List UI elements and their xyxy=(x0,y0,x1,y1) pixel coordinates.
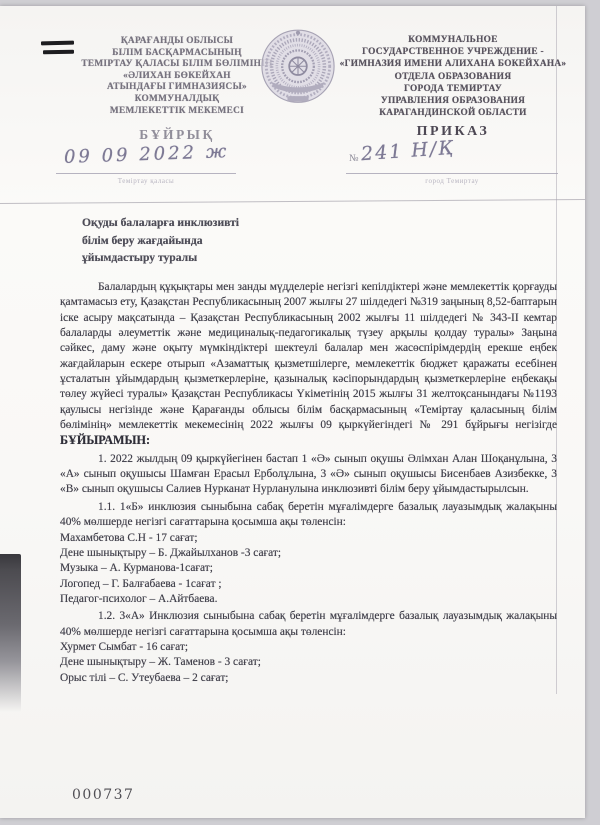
clause-1-1: 1.1. 1«Б» инклюзия сыныбына сабақ береті… xyxy=(60,500,557,531)
order-heading-kazakh: БҰЙРЫҚ xyxy=(48,127,306,143)
resolve-keyword: БҰЙЫРАМЫН: xyxy=(60,433,150,447)
org-line: ГОРОДА ТЕМИРТАУ xyxy=(330,83,576,95)
teacher-line: Орыс тілі – С. Утеубаева – 2 сағат; xyxy=(60,671,557,686)
org-line: ОТДЕЛА ОБРАЗОВАНИЯ xyxy=(330,71,576,83)
scanner-edge-shadow xyxy=(0,554,21,712)
city-label-russian: город Темиртау xyxy=(392,177,512,185)
teacher-line: Махамбетова С.Н - 17 сағат; xyxy=(60,531,557,546)
teacher-line: Педагог-психолог – А.Айтбаева. xyxy=(60,592,557,607)
serial-number: 000737 xyxy=(72,787,134,803)
teacher-line: Логопед – Г. Балғабаева - 1сағат ; xyxy=(60,577,557,592)
document-title: Оқуды балаларға инклюзивті білім беру жа… xyxy=(82,214,402,267)
org-line: «ГИМНАЗИЯ ИМЕНИ АЛИХАНА БОКЕЙХАНА» xyxy=(330,58,576,70)
clause-1-2: 1.2. 3«А» Инклюзия сыныбына сабақ береті… xyxy=(60,609,557,640)
title-line: білім беру жағдайында xyxy=(82,232,402,250)
kazakhstan-coat-of-arms-icon xyxy=(254,24,342,112)
fold-line-horizontal xyxy=(0,199,585,204)
org-line: ГОСУДАРСТВЕННОЕ УЧРЕЖДЕНИЕ - xyxy=(330,46,576,58)
teacher-list-1: Махамбетова С.Н - 17 сағат; Дене шынықты… xyxy=(60,531,557,608)
org-line: КОММУНАЛЬНОЕ xyxy=(330,34,576,46)
intro-text: Балалардың құқықтары мен занды мүдделері… xyxy=(60,281,557,431)
title-line: ұйымдастыру туралы xyxy=(82,249,402,267)
teacher-list-2: Хурмет Сымбат - 16 сағат; Дене шынықтыру… xyxy=(60,640,557,686)
clause-1: 1. 2022 жылдың 09 қыркүйегінен бастап 1 … xyxy=(60,452,557,498)
title-line: Оқуды балаларға инклюзивті xyxy=(82,214,402,232)
scanned-document-page: ҚАРАҒАНДЫ ОБЛЫСЫ БІЛІМ БАСҚАРМАСЫНЫҢ ТЕМ… xyxy=(0,6,585,818)
teacher-line: Хурмет Сымбат - 16 сағат; xyxy=(60,640,557,655)
org-line: УПРАВЛЕНИЯ ОБРАЗОВАНИЯ xyxy=(330,95,576,107)
org-name-russian: КОММУНАЛЬНОЕ ГОСУДАРСТВЕННОЕ УЧРЕЖДЕНИЕ … xyxy=(330,34,576,119)
teacher-line: Музыка – А. Курманова-1сағат; xyxy=(60,561,557,576)
teacher-line: Дене шынықтыру – Ж. Таменов - 3 сағат; xyxy=(60,655,557,670)
order-intro-paragraph: Балалардың құқықтары мен занды мүдделері… xyxy=(60,280,557,450)
org-line: КАРАГАНДИНСКОЙ ОБЛАСТИ xyxy=(330,107,576,119)
order-body-text: Балалардың құқықтары мен занды мүдделері… xyxy=(60,280,557,686)
city-label-kazakh: Теміртау қаласы xyxy=(56,177,236,185)
number-sign: № xyxy=(349,153,359,164)
teacher-line: Дене шынықтыру – Б. Джайылханов -3 сағат… xyxy=(60,546,557,561)
